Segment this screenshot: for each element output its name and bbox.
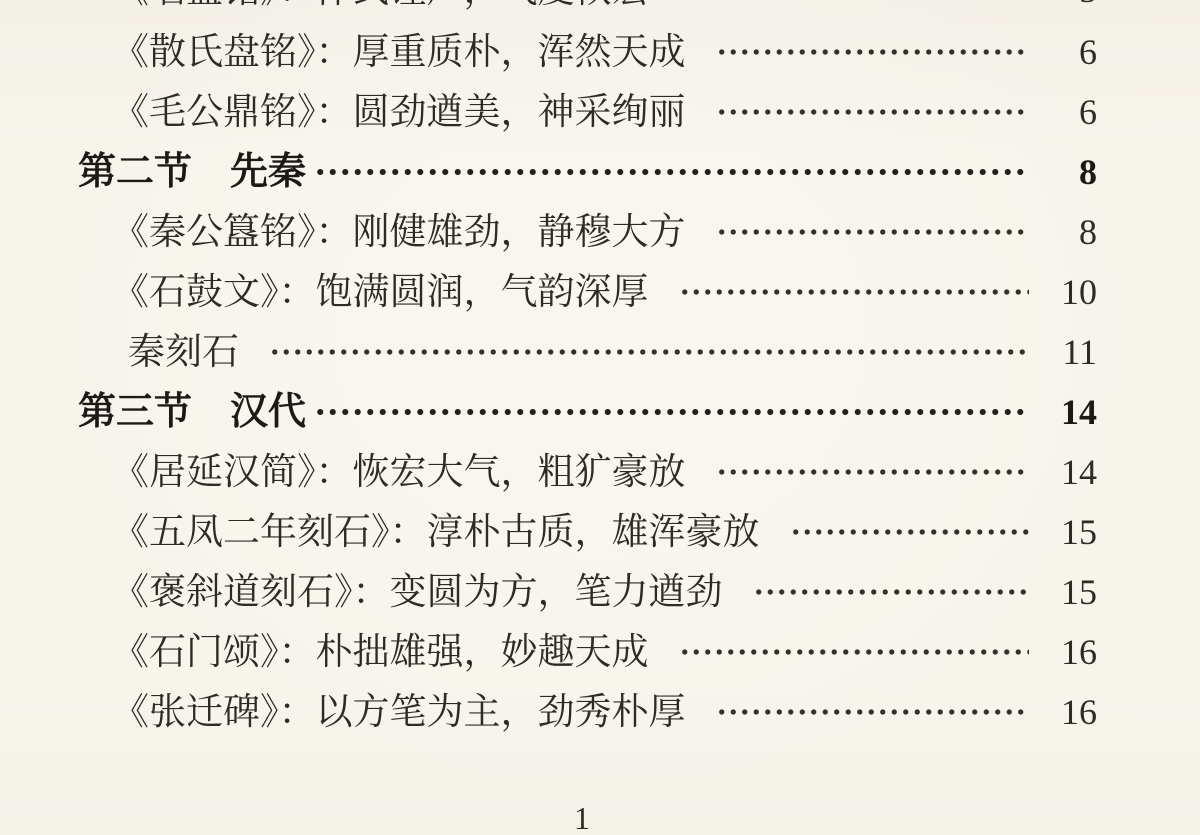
dot-leader: [753, 573, 1030, 611]
dot-leader: [679, 273, 1030, 311]
section-number: 第三节: [78, 393, 192, 431]
toc-section-heading: 第三节 汉代 14: [78, 382, 1097, 442]
toc-entry: 《散氏盘铭》：厚重质朴，浑然天成 6: [78, 22, 1097, 82]
dot-leader: [314, 393, 1029, 431]
entry-title: 《居延汉简》：恢宏大气，粗犷豪放: [112, 454, 686, 491]
book-page: 《墙盘铭》：体式谨严，气度恢宏 5 《散氏盘铭》：厚重质朴，浑然天成 6 《毛公…: [0, 0, 1200, 835]
dot-leader: [790, 513, 1030, 551]
toc-entry: 《居延汉简》：恢宏大气，粗犷豪放 14: [78, 442, 1097, 502]
entry-title: 《褒斜道刻石》：变圆为方，笔力遒劲: [112, 574, 723, 611]
dot-leader: [269, 333, 1029, 371]
dot-leader: [716, 453, 1030, 491]
entry-page-number: 6: [1039, 34, 1097, 70]
dot-leader: [716, 693, 1030, 731]
toc-entry: 《秦公簋铭》：刚健雄劲，静穆大方 8: [78, 202, 1097, 262]
toc-entry: 《张迁碑》：以方笔为主，劲秀朴厚 16: [78, 682, 1097, 742]
toc-entry: 《毛公鼎铭》：圆劲遒美，神采绚丽 6: [78, 82, 1097, 142]
table-of-contents: 《墙盘铭》：体式谨严，气度恢宏 5 《散氏盘铭》：厚重质朴，浑然天成 6 《毛公…: [0, 0, 1200, 742]
entry-page-number: 6: [1039, 94, 1097, 130]
entry-title: 《秦公簋铭》：刚健雄劲，静穆大方: [112, 214, 686, 251]
dot-leader: [716, 33, 1030, 71]
section-page-number: 8: [1039, 154, 1097, 190]
toc-entry: 《褒斜道刻石》：变圆为方，笔力遒劲 15: [78, 562, 1097, 622]
entry-page-number: 15: [1039, 514, 1097, 550]
folio-page-number: 1: [0, 800, 1164, 835]
dot-leader: [679, 0, 1030, 9]
entry-title: 《石鼓文》：饱满圆润，气韵深厚: [112, 274, 649, 311]
dot-leader: [716, 93, 1030, 131]
entry-page-number: 14: [1039, 454, 1097, 490]
entry-page-number: 5: [1039, 0, 1097, 8]
entry-page-number: 16: [1039, 634, 1097, 670]
toc-entry: 《石门颂》：朴拙雄强，妙趣天成 16: [78, 622, 1097, 682]
entry-page-number: 10: [1039, 274, 1097, 310]
entry-title: 《张迁碑》：以方笔为主，劲秀朴厚: [112, 694, 686, 731]
entry-page-number: 11: [1039, 334, 1097, 370]
toc-entry: 《墙盘铭》：体式谨严，气度恢宏 5: [78, 0, 1097, 20]
entry-title: 《散氏盘铭》：厚重质朴，浑然天成: [112, 34, 686, 71]
entry-title: 《石门颂》：朴拙雄强，妙趣天成: [112, 634, 649, 671]
dot-leader: [314, 153, 1029, 191]
toc-entry: 秦刻石 11: [78, 322, 1097, 382]
toc-section-heading: 第二节 先秦 8: [78, 142, 1097, 202]
toc-entry: 《五凤二年刻石》：淳朴古质，雄浑豪放 15: [78, 502, 1097, 562]
dot-leader: [716, 213, 1030, 251]
section-number: 第二节: [78, 153, 192, 191]
section-title: 先秦: [230, 153, 306, 191]
entry-page-number: 16: [1039, 694, 1097, 730]
dot-leader: [679, 633, 1030, 671]
entry-title: 《墙盘铭》：体式谨严，气度恢宏: [112, 0, 649, 9]
entry-title: 《毛公鼎铭》：圆劲遒美，神采绚丽: [112, 94, 686, 131]
entry-title: 秦刻石: [128, 334, 239, 371]
section-page-number: 14: [1039, 394, 1097, 430]
section-title: 汉代: [230, 393, 306, 431]
entry-title: 《五凤二年刻石》：淳朴古质，雄浑豪放: [112, 514, 760, 551]
entry-page-number: 15: [1039, 574, 1097, 610]
toc-entry-clipped: 《墙盘铭》：体式谨严，气度恢宏 5: [78, 0, 1097, 22]
toc-entry: 《石鼓文》：饱满圆润，气韵深厚 10: [78, 262, 1097, 322]
entry-page-number: 8: [1039, 214, 1097, 250]
